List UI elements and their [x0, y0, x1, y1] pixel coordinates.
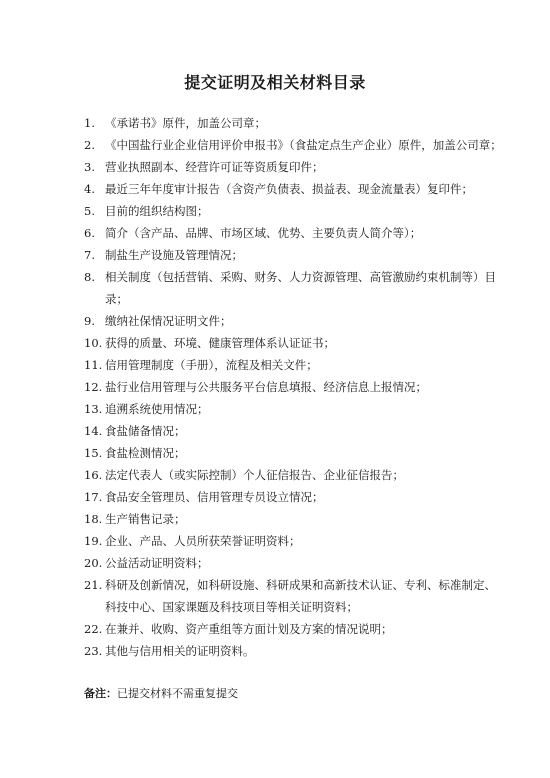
list-item: 6.简介（含产品、品牌、市场区域、优势、主要负责人简介等）；	[84, 222, 504, 244]
list-item: 8.相关制度（包括营销、采购、财务、人力资源管理、高管激励约束机制等）目录；	[84, 266, 504, 310]
list-item: 10.获得的质量、环境、健康管理体系认证证书；	[84, 332, 504, 354]
item-number: 20.	[84, 552, 105, 574]
item-number: 12.	[84, 376, 105, 398]
item-number: 9.	[84, 310, 105, 332]
list-item: 12.盐行业信用管理与公共服务平台信息填报、经济信息上报情况；	[84, 376, 504, 398]
item-text: 追溯系统使用情况；	[105, 398, 504, 420]
list-item: 14.食盐储备情况；	[84, 420, 504, 442]
item-number: 22.	[84, 618, 105, 640]
list-item: 21.科研及创新情况，如科研设施、科研成果和高新技术认证、专利、标准制定、科技中…	[84, 574, 504, 618]
item-text: 获得的质量、环境、健康管理体系认证证书；	[105, 332, 504, 354]
item-text: 《承诺书》原件，加盖公司章；	[105, 112, 504, 134]
list-item: 2.《中国盐行业企业信用评价申报书》（食盐定点生产企业）原件，加盖公司章；	[84, 134, 504, 156]
item-text: 营业执照副本、经营许可证等资质复印件；	[105, 156, 504, 178]
item-number: 2.	[84, 134, 105, 156]
item-number: 23.	[84, 640, 105, 662]
list-item: 5.目前的组织结构图；	[84, 200, 504, 222]
item-number: 18.	[84, 508, 105, 530]
item-text: 其他与信用相关的证明资料。	[105, 640, 504, 662]
item-text: 生产销售记录；	[105, 508, 504, 530]
remark: 备注：已提交材料不需重复提交	[84, 685, 238, 701]
list-item: 16.法定代表人（或实际控制）个人征信报告、企业征信报告；	[84, 464, 504, 486]
item-number: 4.	[84, 178, 105, 200]
item-number: 14.	[84, 420, 105, 442]
item-number: 6.	[84, 222, 105, 244]
materials-list: 1.《承诺书》原件，加盖公司章； 2.《中国盐行业企业信用评价申报书》（食盐定点…	[84, 112, 504, 662]
list-item: 23.其他与信用相关的证明资料。	[84, 640, 504, 662]
item-number: 17.	[84, 486, 105, 508]
list-item: 22.在兼并、收购、资产重组等方面计划及方案的情况说明；	[84, 618, 504, 640]
item-text: 食品安全管理员、信用管理专员设立情况；	[105, 486, 504, 508]
item-number: 7.	[84, 244, 105, 266]
list-item: 9.缴纳社保情况证明文件；	[84, 310, 504, 332]
item-number: 19.	[84, 530, 105, 552]
remark-label: 备注：	[84, 687, 117, 700]
list-item: 17.食品安全管理员、信用管理专员设立情况；	[84, 486, 504, 508]
item-text: 食盐检测情况；	[105, 442, 504, 464]
item-number: 1.	[84, 112, 105, 134]
item-text: 法定代表人（或实际控制）个人征信报告、企业征信报告；	[105, 464, 504, 486]
item-text: 信用管理制度（手册），流程及相关文件；	[105, 354, 504, 376]
list-item: 19.企业、产品、人员所获荣誉证明资料；	[84, 530, 504, 552]
remark-text: 已提交材料不需重复提交	[117, 687, 238, 700]
list-item: 4.最近三年年度审计报告（含资产负债表、损益表、现金流量表）复印件；	[84, 178, 504, 200]
item-text: 在兼并、收购、资产重组等方面计划及方案的情况说明；	[105, 618, 504, 640]
item-text: 盐行业信用管理与公共服务平台信息填报、经济信息上报情况；	[105, 376, 504, 398]
item-number: 5.	[84, 200, 105, 222]
item-text: 科研及创新情况，如科研设施、科研成果和高新技术认证、专利、标准制定、科技中心、国…	[105, 574, 504, 618]
item-number: 8.	[84, 266, 105, 310]
item-text: 《中国盐行业企业信用评价申报书》（食盐定点生产企业）原件，加盖公司章；	[105, 134, 504, 156]
item-text: 缴纳社保情况证明文件；	[105, 310, 504, 332]
document-title: 提交证明及相关材料目录	[0, 70, 550, 93]
item-text: 公益活动证明资料；	[105, 552, 504, 574]
list-item: 3.营业执照副本、经营许可证等资质复印件；	[84, 156, 504, 178]
list-item: 20.公益活动证明资料；	[84, 552, 504, 574]
item-text: 相关制度（包括营销、采购、财务、人力资源管理、高管激励约束机制等）目录；	[105, 266, 504, 310]
item-number: 11.	[84, 354, 105, 376]
item-number: 16.	[84, 464, 105, 486]
item-text: 简介（含产品、品牌、市场区域、优势、主要负责人简介等）；	[105, 222, 504, 244]
item-text: 制盐生产设施及管理情况；	[105, 244, 504, 266]
item-text: 企业、产品、人员所获荣誉证明资料；	[105, 530, 504, 552]
list-item: 15.食盐检测情况；	[84, 442, 504, 464]
list-item: 1.《承诺书》原件，加盖公司章；	[84, 112, 504, 134]
list-item: 7.制盐生产设施及管理情况；	[84, 244, 504, 266]
item-text: 最近三年年度审计报告（含资产负债表、损益表、现金流量表）复印件；	[105, 178, 504, 200]
item-number: 3.	[84, 156, 105, 178]
list-item: 18.生产销售记录；	[84, 508, 504, 530]
list-item: 13.追溯系统使用情况；	[84, 398, 504, 420]
item-number: 15.	[84, 442, 105, 464]
item-number: 10.	[84, 332, 105, 354]
item-number: 21.	[84, 574, 105, 618]
list-item: 11.信用管理制度（手册），流程及相关文件；	[84, 354, 504, 376]
item-text: 目前的组织结构图；	[105, 200, 504, 222]
item-number: 13.	[84, 398, 105, 420]
item-text: 食盐储备情况；	[105, 420, 504, 442]
